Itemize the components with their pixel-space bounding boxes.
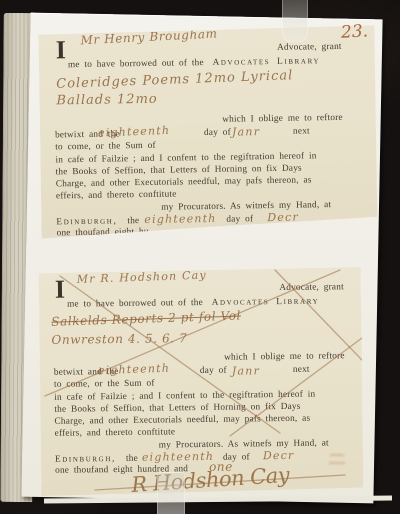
day-of-text: day of <box>204 128 231 138</box>
the-text: the <box>127 216 139 226</box>
next-text: next <box>293 365 310 375</box>
return-day-handwritten: eighteenth <box>98 362 171 377</box>
borrowed-line: me to have borrowed out of the Advocates… <box>67 297 319 310</box>
day-of-text: day of <box>200 366 227 376</box>
edinburgh-label: Edinburgh, <box>56 216 117 227</box>
sum-line-text: to come, or the Sum of <box>54 379 155 390</box>
ink-offset-stain <box>330 454 344 456</box>
next-text: next <box>293 126 310 136</box>
advocate-grant-text: Advocate, grant <box>279 282 344 293</box>
bottom-mounting-tab <box>157 472 185 514</box>
borrowed-pre-text: me to have borrowed out of the <box>68 58 204 70</box>
advocate-grant-text: Advocate, grant <box>277 42 342 53</box>
book-entry-line1-struck: Salkelds Reports 2 pt fol Vol <box>51 309 241 329</box>
library-name-text: Advocates Library <box>212 297 320 308</box>
signed-month-handwritten: Decr <box>263 449 295 462</box>
return-month-handwritten: Janr <box>232 125 260 138</box>
sum-line-text: to come, or the Sum of <box>55 141 156 153</box>
book-entry-line2: Onwreston 4. 5. 6. 7 <box>51 331 187 347</box>
dropcap-initial: I <box>55 37 66 63</box>
signed-day-handwritten: eighteenth <box>144 212 216 226</box>
oblige-restore-text: which I oblige me to reftore <box>222 113 343 125</box>
borrowed-pre-text: me to have borrowed out of the <box>67 298 203 310</box>
book-entry-line2: Ballads 12mo <box>56 92 157 109</box>
borrow-receipt-brougham: I Mr Henry Brougham Advocate, grant me t… <box>38 25 377 238</box>
oblige-restore-text: which I oblige me to reftore <box>224 351 345 362</box>
borrow-receipt-cay: I Mr R. Hodshon Cay Advocate, grant me t… <box>39 266 364 496</box>
signed-day-handwritten: eighteenth <box>142 450 214 464</box>
procurators-line-text: my Procurators. As witnefs my Hand, at <box>159 438 329 450</box>
failzie-line-3: Charge, and other Executorials needful, … <box>54 414 310 427</box>
edinburgh-label: Edinburgh, <box>55 454 116 465</box>
book-entry-line1: Coleridges Poems 12mo Lyrical <box>56 68 294 92</box>
folio-number: 23. <box>340 21 368 42</box>
failzie-line-1: in cafe of Failzie ; and I confent to th… <box>54 390 315 403</box>
top-mounting-tab <box>282 0 308 43</box>
failzie-line-2: the Books of Seffion, that Letters of Ho… <box>54 402 300 415</box>
library-name-text: Advocates Library <box>212 56 320 68</box>
return-month-handwritten: Janr <box>232 364 260 377</box>
failzie-line-4: effeirs, and thereto conftitute <box>56 190 177 202</box>
ink-offset-stain <box>329 462 345 464</box>
day-of-text: day of <box>226 214 253 224</box>
failzie-line-4: effeirs, and thereto conftitute <box>55 427 176 438</box>
return-day-handwritten: eighteenth <box>98 124 171 140</box>
failzie-line-3: Charge, and other Executorials needful, … <box>56 175 312 189</box>
the-text: the <box>126 454 138 464</box>
photographed-album-page: I Mr Henry Brougham Advocate, grant me t… <box>0 0 400 514</box>
procurators-line-text: my Procurators. As witnefs my Hand, at <box>161 200 331 213</box>
dropcap-initial: I <box>55 277 65 303</box>
